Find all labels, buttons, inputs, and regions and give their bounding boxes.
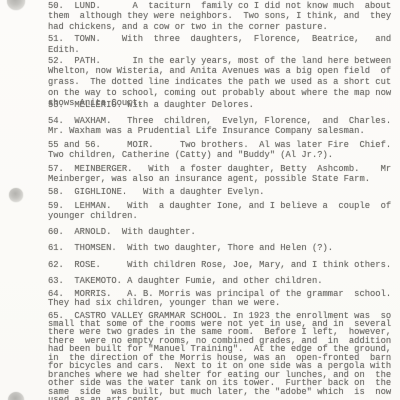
- text-line: 51. TOWN. With three daughters, Florence…: [48, 34, 396, 45]
- text-line: 54. WAXHAM. Three children, Evelyn, Flor…: [48, 116, 396, 126]
- text-line: 52. PATH. In the early years, most of th…: [48, 56, 396, 67]
- text-line: 50. LUND. A taciturn family co I did not…: [48, 1, 396, 12]
- paragraph-55-and-56: 55 and 56. MOIR. Two brothers. Al was la…: [48, 140, 396, 161]
- text-line: Whelton, now Wisteria, and Anita Avenues…: [48, 66, 396, 77]
- text-line: on the way to school, coming out probabl…: [48, 88, 396, 99]
- text-line: 61. THOMSEN. With two daughter, Thore an…: [48, 243, 396, 253]
- paragraph-53: 53. MELLERIO. With a daughter Delores.: [48, 100, 396, 111]
- text-line: younger children.: [48, 211, 396, 221]
- text-line: 53. MELLERIO. With a daughter Delores.: [48, 100, 396, 111]
- text-line: Mr. Waxham was a Prudential Life Insuran…: [48, 126, 396, 136]
- hole-punch-top: [7, 0, 25, 10]
- text-line: grass. The dotted line indicates the pat…: [48, 77, 396, 88]
- text-line: them although they were neighbors. Two s…: [48, 11, 396, 22]
- text-line: 58. GIGHLIONE. With a daughter Evelyn.: [48, 187, 396, 197]
- text-line: Two children, Catherine (Catty) and "Bud…: [48, 150, 396, 160]
- paragraph-51: 51. TOWN. With three daughters, Florence…: [48, 34, 396, 55]
- paragraph-61: 61. THOMSEN. With two daughter, Thore an…: [48, 243, 396, 253]
- paragraph-59: 59. LEHMAN. With a daughter Ione, and I …: [48, 201, 396, 222]
- paragraph-58: 58. GIGHLIONE. With a daughter Evelyn.: [48, 187, 396, 197]
- paragraph-63: 63. TAKEMOTO. A daughter Fumie, and othe…: [48, 276, 396, 286]
- text-line: 60. ARNOLD. With daughter.: [48, 227, 396, 237]
- paragraph-60: 60. ARNOLD. With daughter.: [48, 227, 396, 237]
- text-line: had chickens, and a cow or two in the co…: [48, 22, 396, 33]
- paragraph-57: 57. MEINBERGER. With a foster daughter, …: [48, 164, 396, 185]
- text-line: Edith.: [48, 45, 396, 56]
- text-line: Meinberger, was also an insurance agent,…: [48, 174, 396, 184]
- text-line: 63. TAKEMOTO. A daughter Fumie, and othe…: [48, 276, 396, 286]
- text-line: They had six children, younger than we w…: [48, 299, 396, 308]
- hole-punch-bottom: [8, 392, 24, 400]
- text-line: 59. LEHMAN. With a daughter Ione, and I …: [48, 201, 396, 211]
- typewritten-page: 50. LUND. A taciturn family co I did not…: [0, 0, 400, 400]
- page-text: 50. LUND. A taciturn family co I did not…: [48, 0, 396, 400]
- text-line: 62. ROSE. With children Rose, Joe, Mary,…: [48, 260, 396, 270]
- paragraph-64: 64. MORRIS. A. B. Morris was principal o…: [48, 290, 396, 309]
- paragraph-50: 50. LUND. A taciturn family co I did not…: [48, 1, 396, 33]
- text-line: 57. MEINBERGER. With a foster daughter, …: [48, 164, 396, 174]
- paragraph-62: 62. ROSE. With children Rose, Joe, Mary,…: [48, 260, 396, 270]
- text-line: 55 and 56. MOIR. Two brothers. Al was la…: [48, 140, 396, 150]
- hole-punch-middle: [9, 188, 23, 202]
- paragraph-65: 65. CASTRO VALLEY GRAMMAR SCHOOL. In 192…: [48, 312, 396, 400]
- paragraph-54: 54. WAXHAM. Three children, Evelyn, Flor…: [48, 116, 396, 136]
